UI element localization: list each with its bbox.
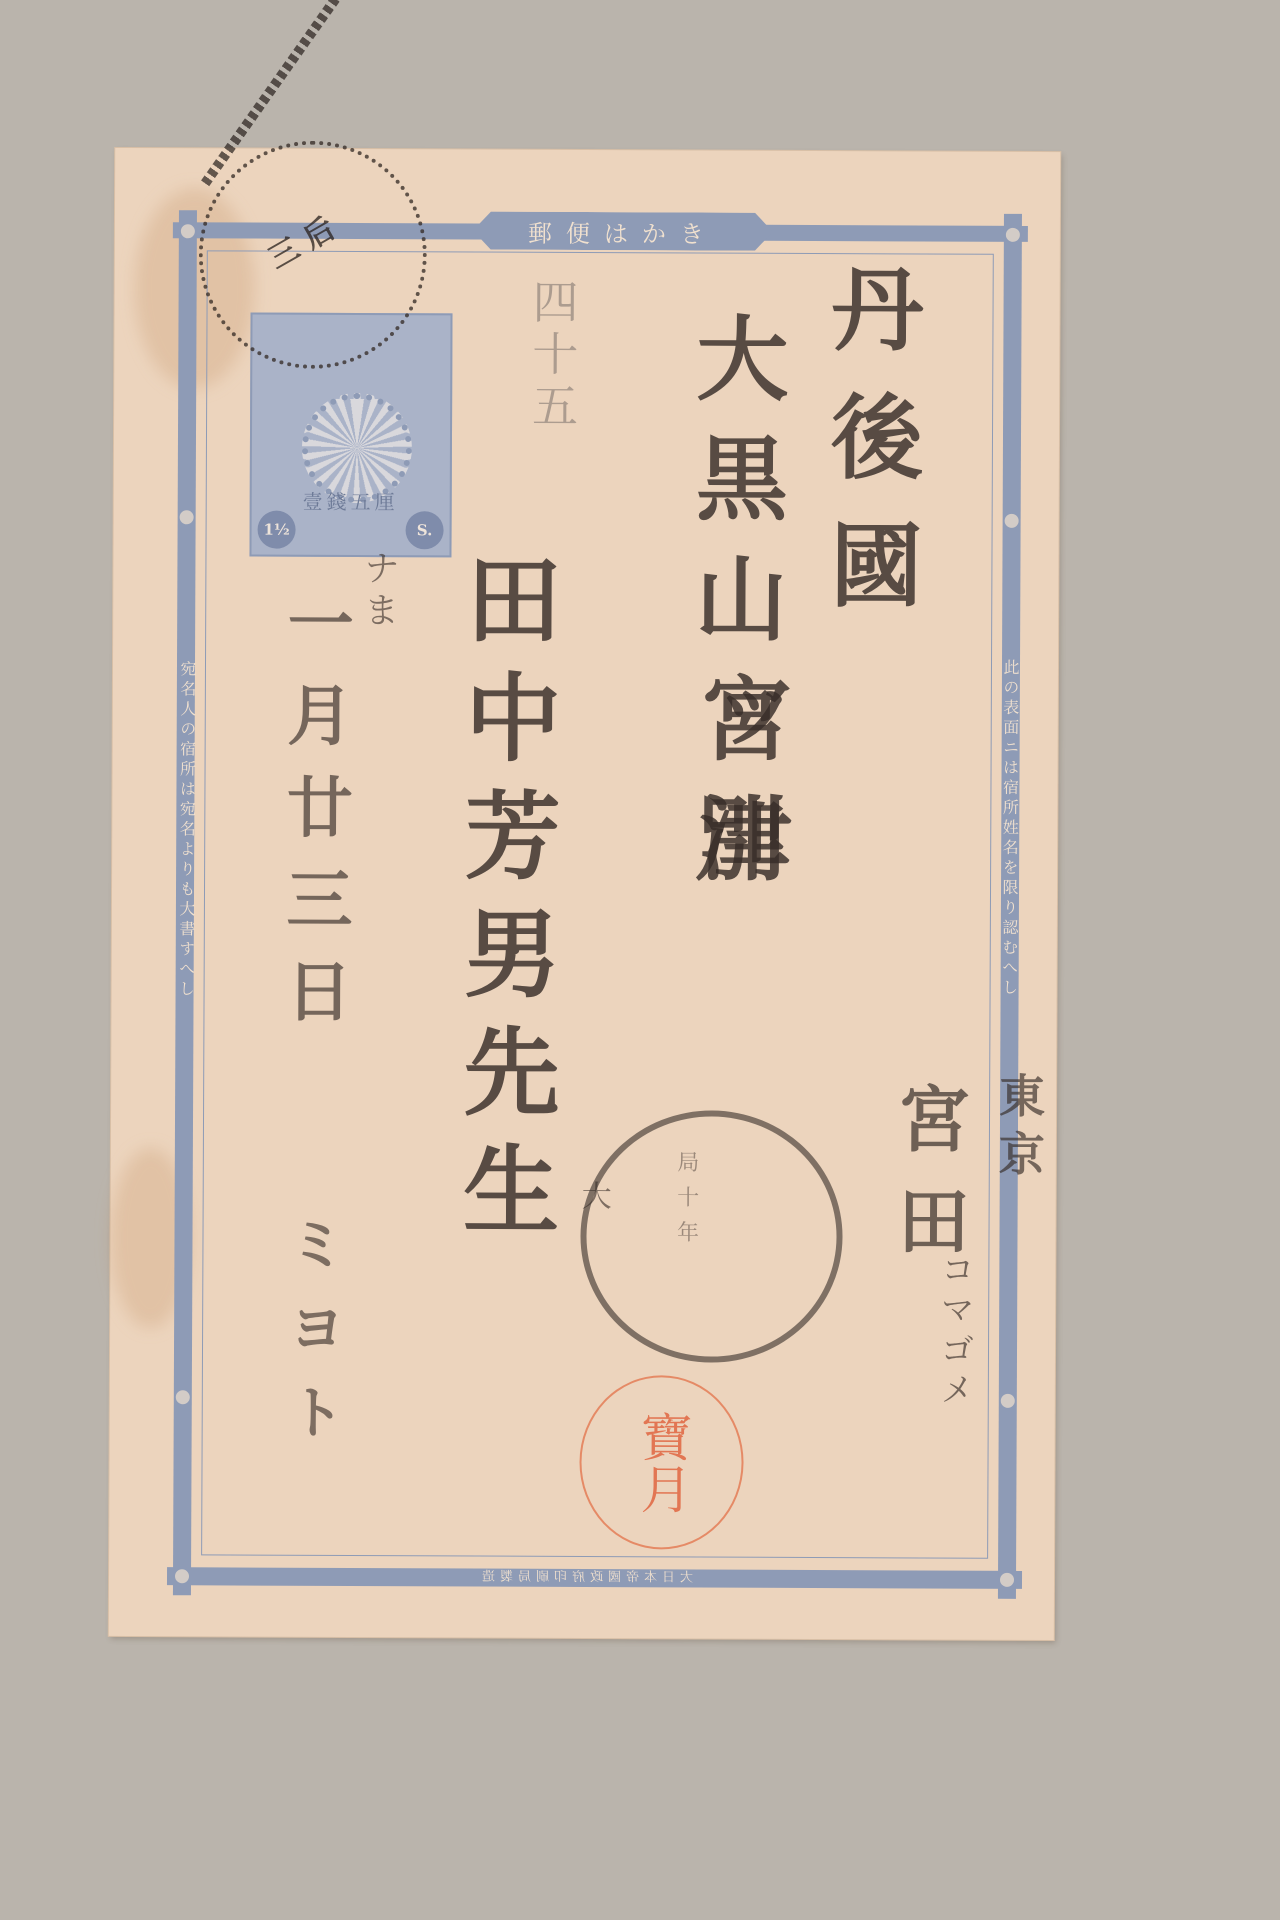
postmark-middle-text: 局 十 年 xyxy=(670,1150,701,1245)
rosette-icon xyxy=(180,510,194,524)
postmark-middle xyxy=(580,1110,843,1363)
pencil-note: 四十五 xyxy=(519,278,586,434)
small-annotation: 大 xyxy=(571,1180,615,1210)
stamp-corner-left: 1½ xyxy=(258,511,296,549)
right-border-instruction: 此の表面ニは宿所姓名を限り認むへし xyxy=(1000,659,1019,999)
rosette-icon xyxy=(176,1390,190,1404)
address-district: 大黒山ッ別 xyxy=(667,310,802,911)
recipient-name: 田中芳男先生 xyxy=(435,549,575,1258)
rosette-icon xyxy=(175,1569,189,1583)
rosette-icon xyxy=(1000,1573,1014,1587)
left-border-instruction: 宛名人の宿所は宛名よりも大書すへし xyxy=(177,660,196,1000)
postcard: 郵便はかき 此の表面ニは宿所姓名を限り認むへし 宛名人の宿所は宛名よりも大書すへ… xyxy=(109,148,1060,1640)
date-annotation: ナま xyxy=(353,549,404,633)
printer-imprint: 大日本帝國政府印刷局製造 xyxy=(477,1569,693,1588)
rosette-icon xyxy=(1006,228,1020,242)
red-seal: 寶月 xyxy=(579,1375,744,1550)
rosette-icon xyxy=(1001,1394,1015,1408)
rosette-icon xyxy=(181,224,195,238)
signature: ミヨト xyxy=(270,1214,355,1466)
kana-annotation: コマゴメ xyxy=(930,1252,980,1412)
sender-location: 東京 xyxy=(986,1072,1053,1188)
date: 一月廿三日 xyxy=(266,589,363,1049)
address-prefecture: 丹後國 xyxy=(803,261,937,646)
postcard-title: 郵便はかき xyxy=(473,212,773,251)
stamp-corner-right: S. xyxy=(406,511,444,549)
rosette-icon xyxy=(1005,514,1019,528)
